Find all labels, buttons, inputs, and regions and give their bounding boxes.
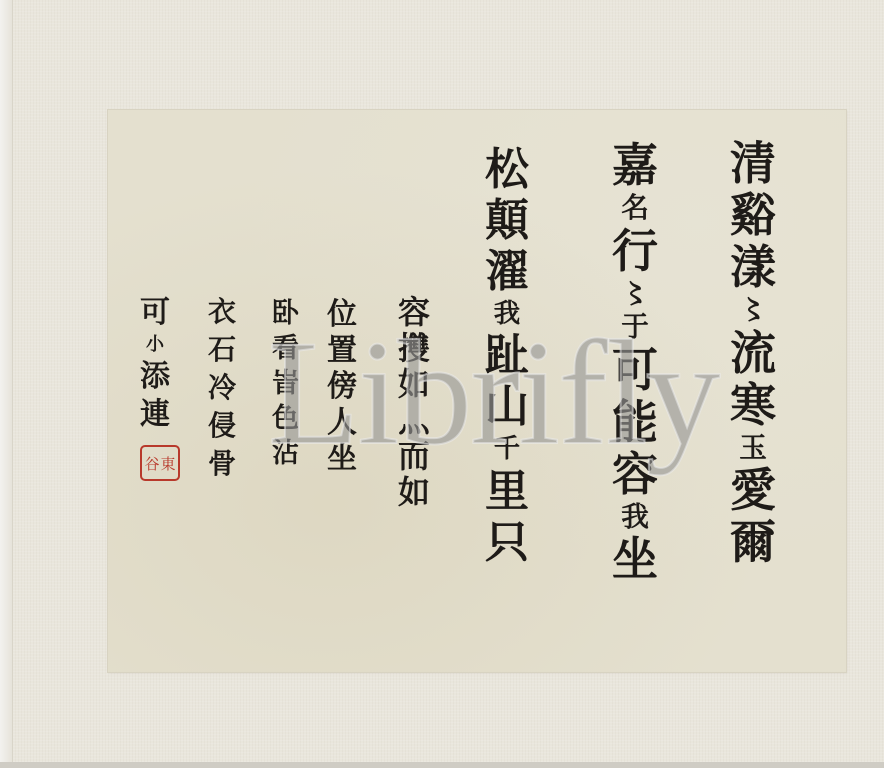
- calligraphy-glyph: 名: [621, 194, 649, 222]
- calligraphy-glyph: 㩳: [398, 332, 430, 364]
- calligraphy-glyph: 嘉: [612, 142, 658, 188]
- calligraphy-glyph: 松: [485, 148, 529, 192]
- calligraphy-glyph: 衣: [208, 298, 236, 326]
- calligraphy-glyph: 行: [612, 228, 658, 274]
- calligraphy-glyph: 傍: [327, 372, 357, 402]
- calligraphy-glyph: 侵: [208, 412, 236, 440]
- calligraphy-column-7: 衣石冷侵骨: [208, 298, 236, 478]
- calligraphy-glyph: 我: [494, 301, 520, 327]
- calligraphy-glyph: 色: [272, 405, 299, 432]
- calligraphy-glyph: 漾: [730, 244, 776, 290]
- calligraphy-glyph: 骨: [208, 450, 236, 478]
- calligraphy-column-1: 清谿漾〻流寒玉愛爾: [730, 140, 776, 565]
- calligraphy-glyph: 只: [485, 521, 529, 565]
- calligraphy-glyph: 而: [398, 440, 430, 472]
- mount-left-edge: [0, 0, 13, 768]
- calligraphy-column-5: 位置傍人坐: [327, 300, 357, 474]
- calligraphy-column-3: 松顛濯我趾山千里只: [485, 148, 529, 565]
- calligraphy-glyph: 能: [612, 399, 658, 445]
- calligraphy-glyph: 〻: [739, 296, 767, 324]
- calligraphy-glyph: 流: [730, 330, 776, 376]
- calligraphy-glyph: 千: [494, 436, 520, 462]
- calligraphy-glyph: 看: [272, 335, 299, 362]
- calligraphy-glyph: 位: [327, 300, 357, 330]
- calligraphy-glyph: 人: [327, 408, 357, 438]
- calligraphy-glyph: 如: [398, 476, 430, 508]
- calligraphy-glyph: 愛: [730, 467, 776, 513]
- calligraphy-glyph: 爾: [730, 519, 776, 565]
- red-seal-stamp: 東 谷: [140, 445, 180, 481]
- calligraphy-glyph: 添: [140, 362, 170, 392]
- calligraphy-glyph: 小: [146, 336, 164, 354]
- calligraphy-glyph: 容: [398, 296, 430, 328]
- calligraphy-glyph: 坐: [327, 444, 357, 474]
- calligraphy-glyph: 玉: [739, 434, 767, 462]
- calligraphy-glyph: 我: [621, 503, 649, 531]
- calligraphy-glyph: 里: [485, 470, 529, 514]
- silk-mount: 清谿漾〻流寒玉愛爾 嘉名行〻于可能容我坐 松顛濯我趾山千里只 容㩳如灬而如 位置…: [0, 0, 884, 768]
- calligraphy-glyph: 置: [327, 336, 357, 366]
- calligraphy-glyph: 可: [140, 298, 170, 328]
- calligraphy-glyph: 冷: [208, 374, 236, 402]
- calligraphy-column-2: 嘉名行〻于可能容我坐: [612, 142, 658, 582]
- calligraphy-glyph: 〻: [621, 280, 649, 308]
- calligraphy-glyph: 山: [485, 385, 529, 429]
- calligraphy-glyph: 趾: [485, 334, 529, 378]
- calligraphy-column-6: 卧看峕色沾: [272, 300, 299, 467]
- calligraphy-glyph: 谿: [730, 192, 776, 238]
- seal-char-gu: 谷: [144, 453, 159, 474]
- calligraphy-glyph: 顛: [485, 199, 529, 243]
- signature-column: 可小添連: [140, 298, 170, 430]
- calligraphy-glyph: 灬: [398, 404, 430, 436]
- seal-char-dong: 東: [161, 453, 176, 474]
- calligraphy-glyph: 如: [398, 368, 430, 400]
- calligraphy-glyph: 沾: [272, 440, 299, 467]
- calligraphy-glyph: 于: [621, 313, 649, 341]
- calligraphy-glyph: 石: [208, 336, 236, 364]
- mount-bottom-edge: [0, 762, 884, 768]
- calligraphy-glyph: 連: [140, 400, 170, 430]
- calligraphy-glyph: 峕: [272, 370, 299, 397]
- calligraphy-glyph: 可: [612, 347, 658, 393]
- calligraphy-glyph: 坐: [612, 536, 658, 582]
- calligraphy-glyph: 濯: [485, 250, 529, 294]
- calligraphy-glyph: 容: [612, 451, 658, 497]
- calligraphy-glyph: 清: [730, 140, 776, 186]
- calligraphy-glyph: 卧: [272, 300, 299, 327]
- calligraphy-column-4: 容㩳如灬而如: [398, 296, 430, 508]
- calligraphy-glyph: 寒: [730, 382, 776, 428]
